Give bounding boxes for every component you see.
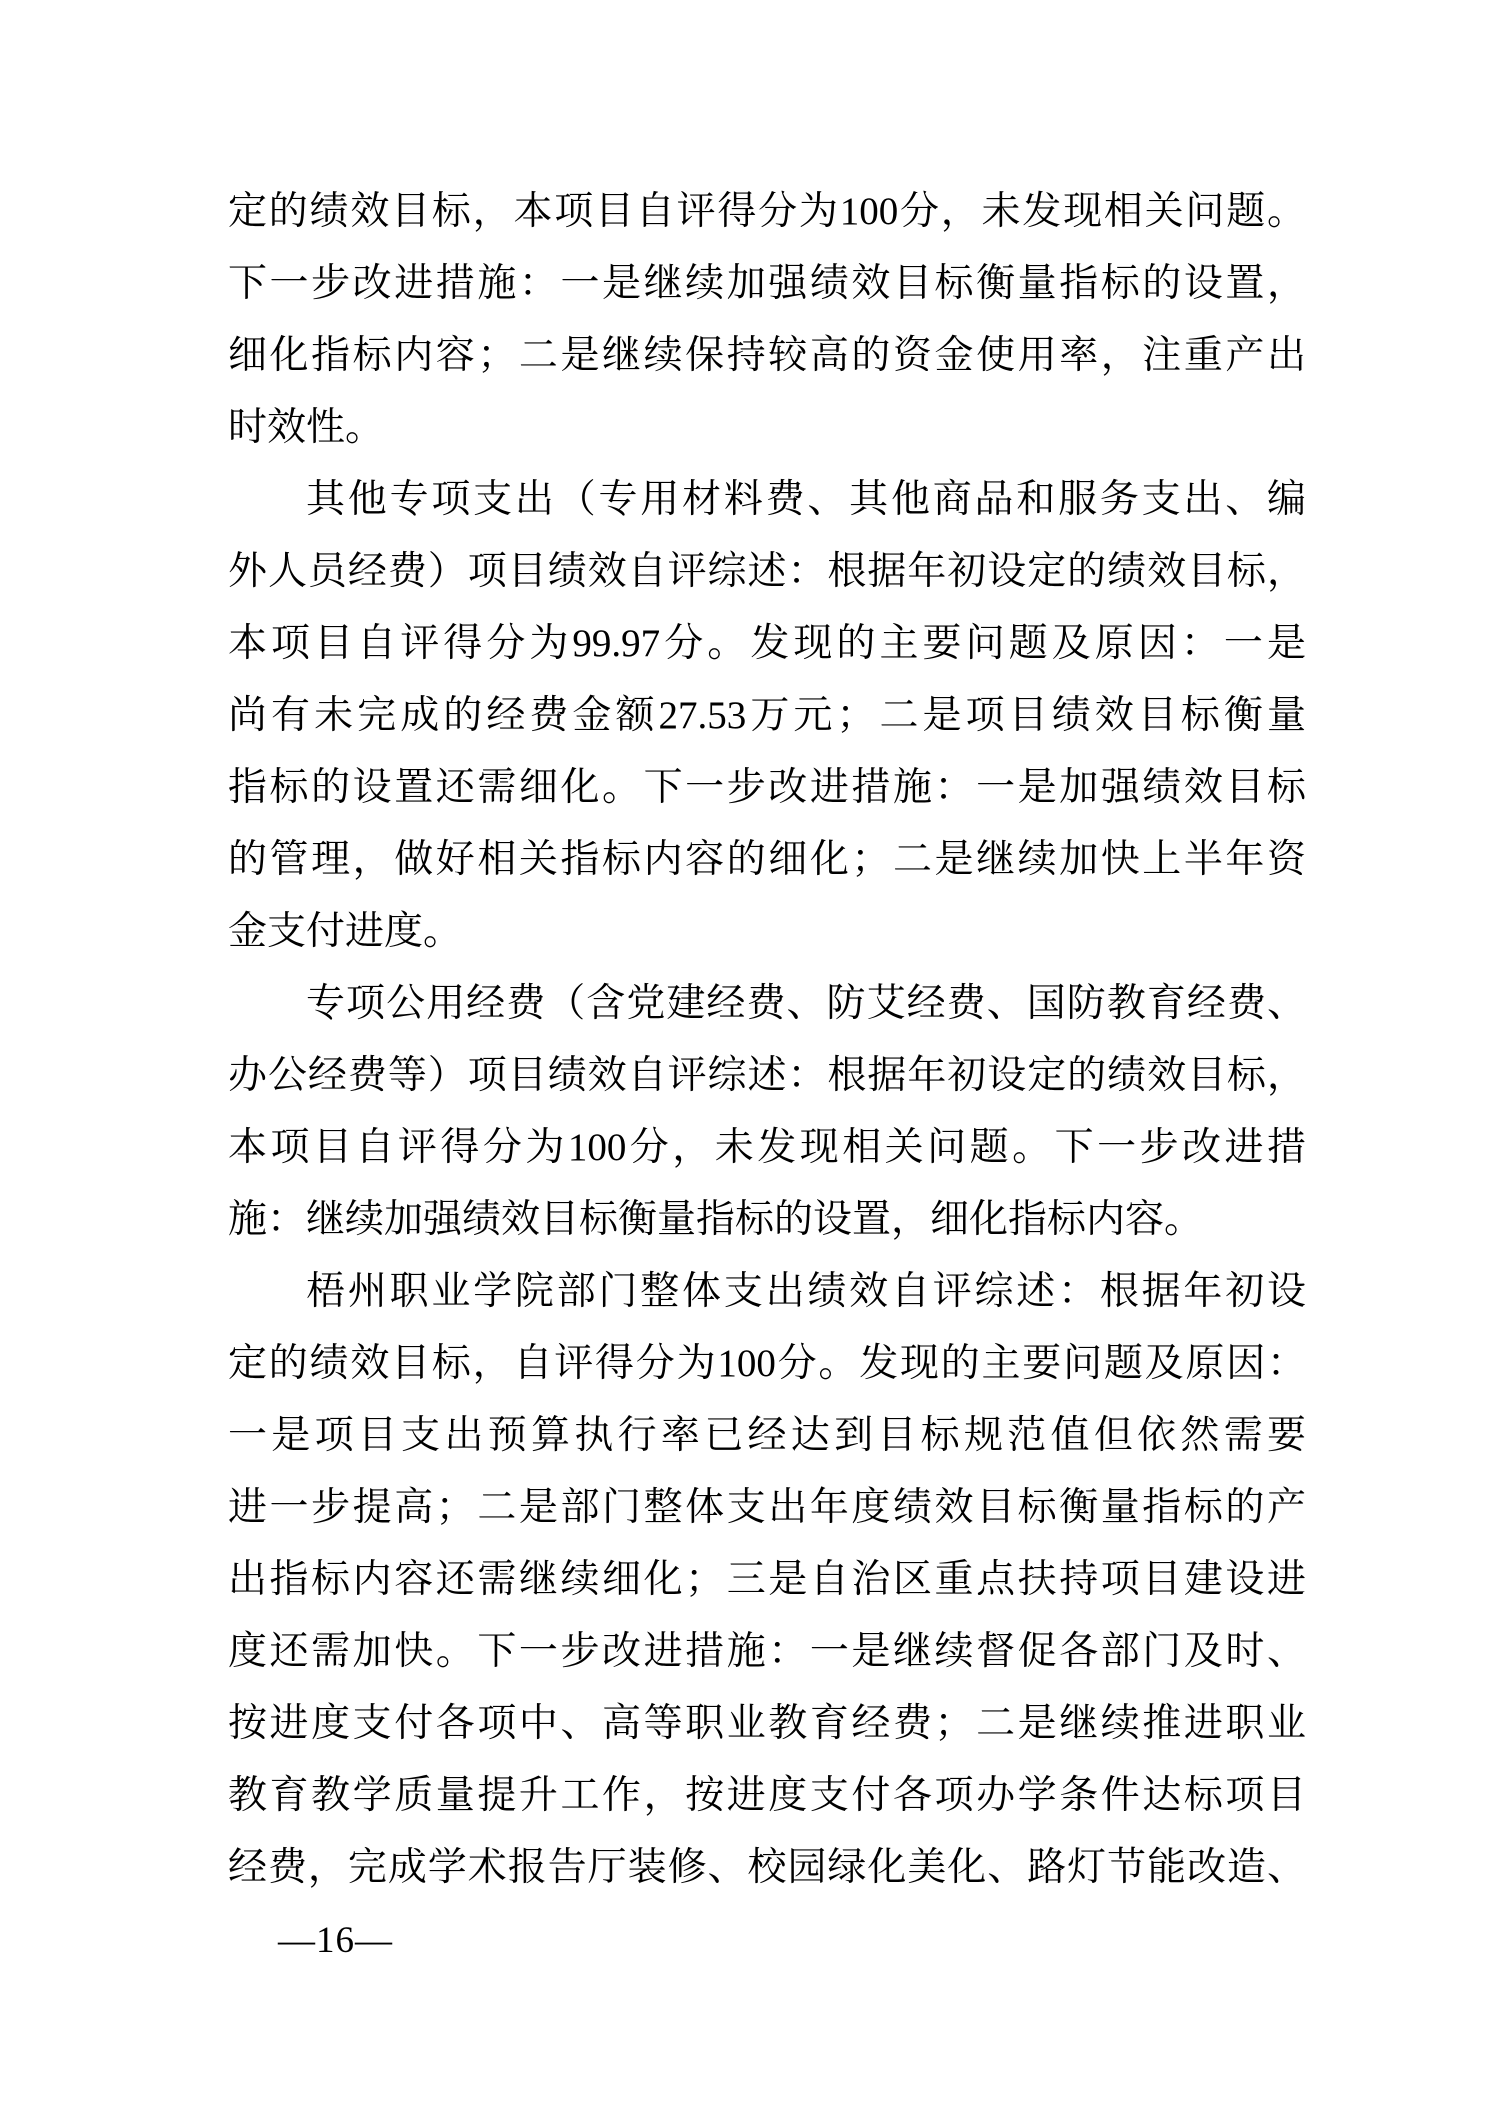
text-line: 梧州职业学院部门整体支出绩效自评综述：根据年初设 <box>228 1256 1306 1328</box>
text-line: 一是项目支出预算执行率已经达到目标规范值但依然需要 <box>228 1400 1306 1472</box>
text-line: 度还需加快。下一步改进措施：一是继续督促各部门及时、 <box>228 1616 1306 1688</box>
text-line: 尚有未完成的经费金额27.53万元；二是项目绩效目标衡量 <box>228 680 1306 752</box>
text-line: 办公经费等）项目绩效自评综述：根据年初设定的绩效目标， <box>228 1040 1306 1112</box>
text-line: 施：继续加强绩效目标衡量指标的设置，细化指标内容。 <box>228 1184 1306 1256</box>
text-line: 定的绩效目标，自评得分为100分。发现的主要问题及原因： <box>228 1328 1306 1400</box>
text-line: 外人员经费）项目绩效自评综述：根据年初设定的绩效目标， <box>228 536 1306 608</box>
text-line: 其他专项支出（专用材料费、其他商品和服务支出、编 <box>228 464 1306 536</box>
text-line: 金支付进度。 <box>228 896 1306 968</box>
text-line: 按进度支付各项中、高等职业教育经费；二是继续推进职业 <box>228 1688 1306 1760</box>
document-body: 定的绩效目标，本项目自评得分为100分，未发现相关问题。下一步改进措施：一是继续… <box>228 176 1306 1904</box>
text-line: 时效性。 <box>228 392 1306 464</box>
text-line: 本项目自评得分为99.97分。发现的主要问题及原因：一是 <box>228 608 1306 680</box>
text-line: 的管理，做好相关指标内容的细化；二是继续加快上半年资 <box>228 824 1306 896</box>
page-number: —16— <box>278 1916 393 1966</box>
text-line: 细化指标内容；二是继续保持较高的资金使用率，注重产出 <box>228 320 1306 392</box>
text-line: 进一步提高；二是部门整体支出年度绩效目标衡量指标的产 <box>228 1472 1306 1544</box>
text-line: 本项目自评得分为100分，未发现相关问题。下一步改进措 <box>228 1112 1306 1184</box>
text-line: 下一步改进措施：一是继续加强绩效目标衡量指标的设置， <box>228 248 1306 320</box>
text-line: 专项公用经费（含党建经费、防艾经费、国防教育经费、 <box>228 968 1306 1040</box>
text-line: 指标的设置还需细化。下一步改进措施：一是加强绩效目标 <box>228 752 1306 824</box>
text-line: 定的绩效目标，本项目自评得分为100分，未发现相关问题。 <box>228 176 1306 248</box>
text-line: 出指标内容还需继续细化；三是自治区重点扶持项目建设进 <box>228 1544 1306 1616</box>
text-line: 经费，完成学术报告厅装修、校园绿化美化、路灯节能改造、 <box>228 1832 1306 1904</box>
document-page: 定的绩效目标，本项目自评得分为100分，未发现相关问题。下一步改进措施：一是继续… <box>0 0 1500 2121</box>
text-line: 教育教学质量提升工作，按进度支付各项办学条件达标项目 <box>228 1760 1306 1832</box>
